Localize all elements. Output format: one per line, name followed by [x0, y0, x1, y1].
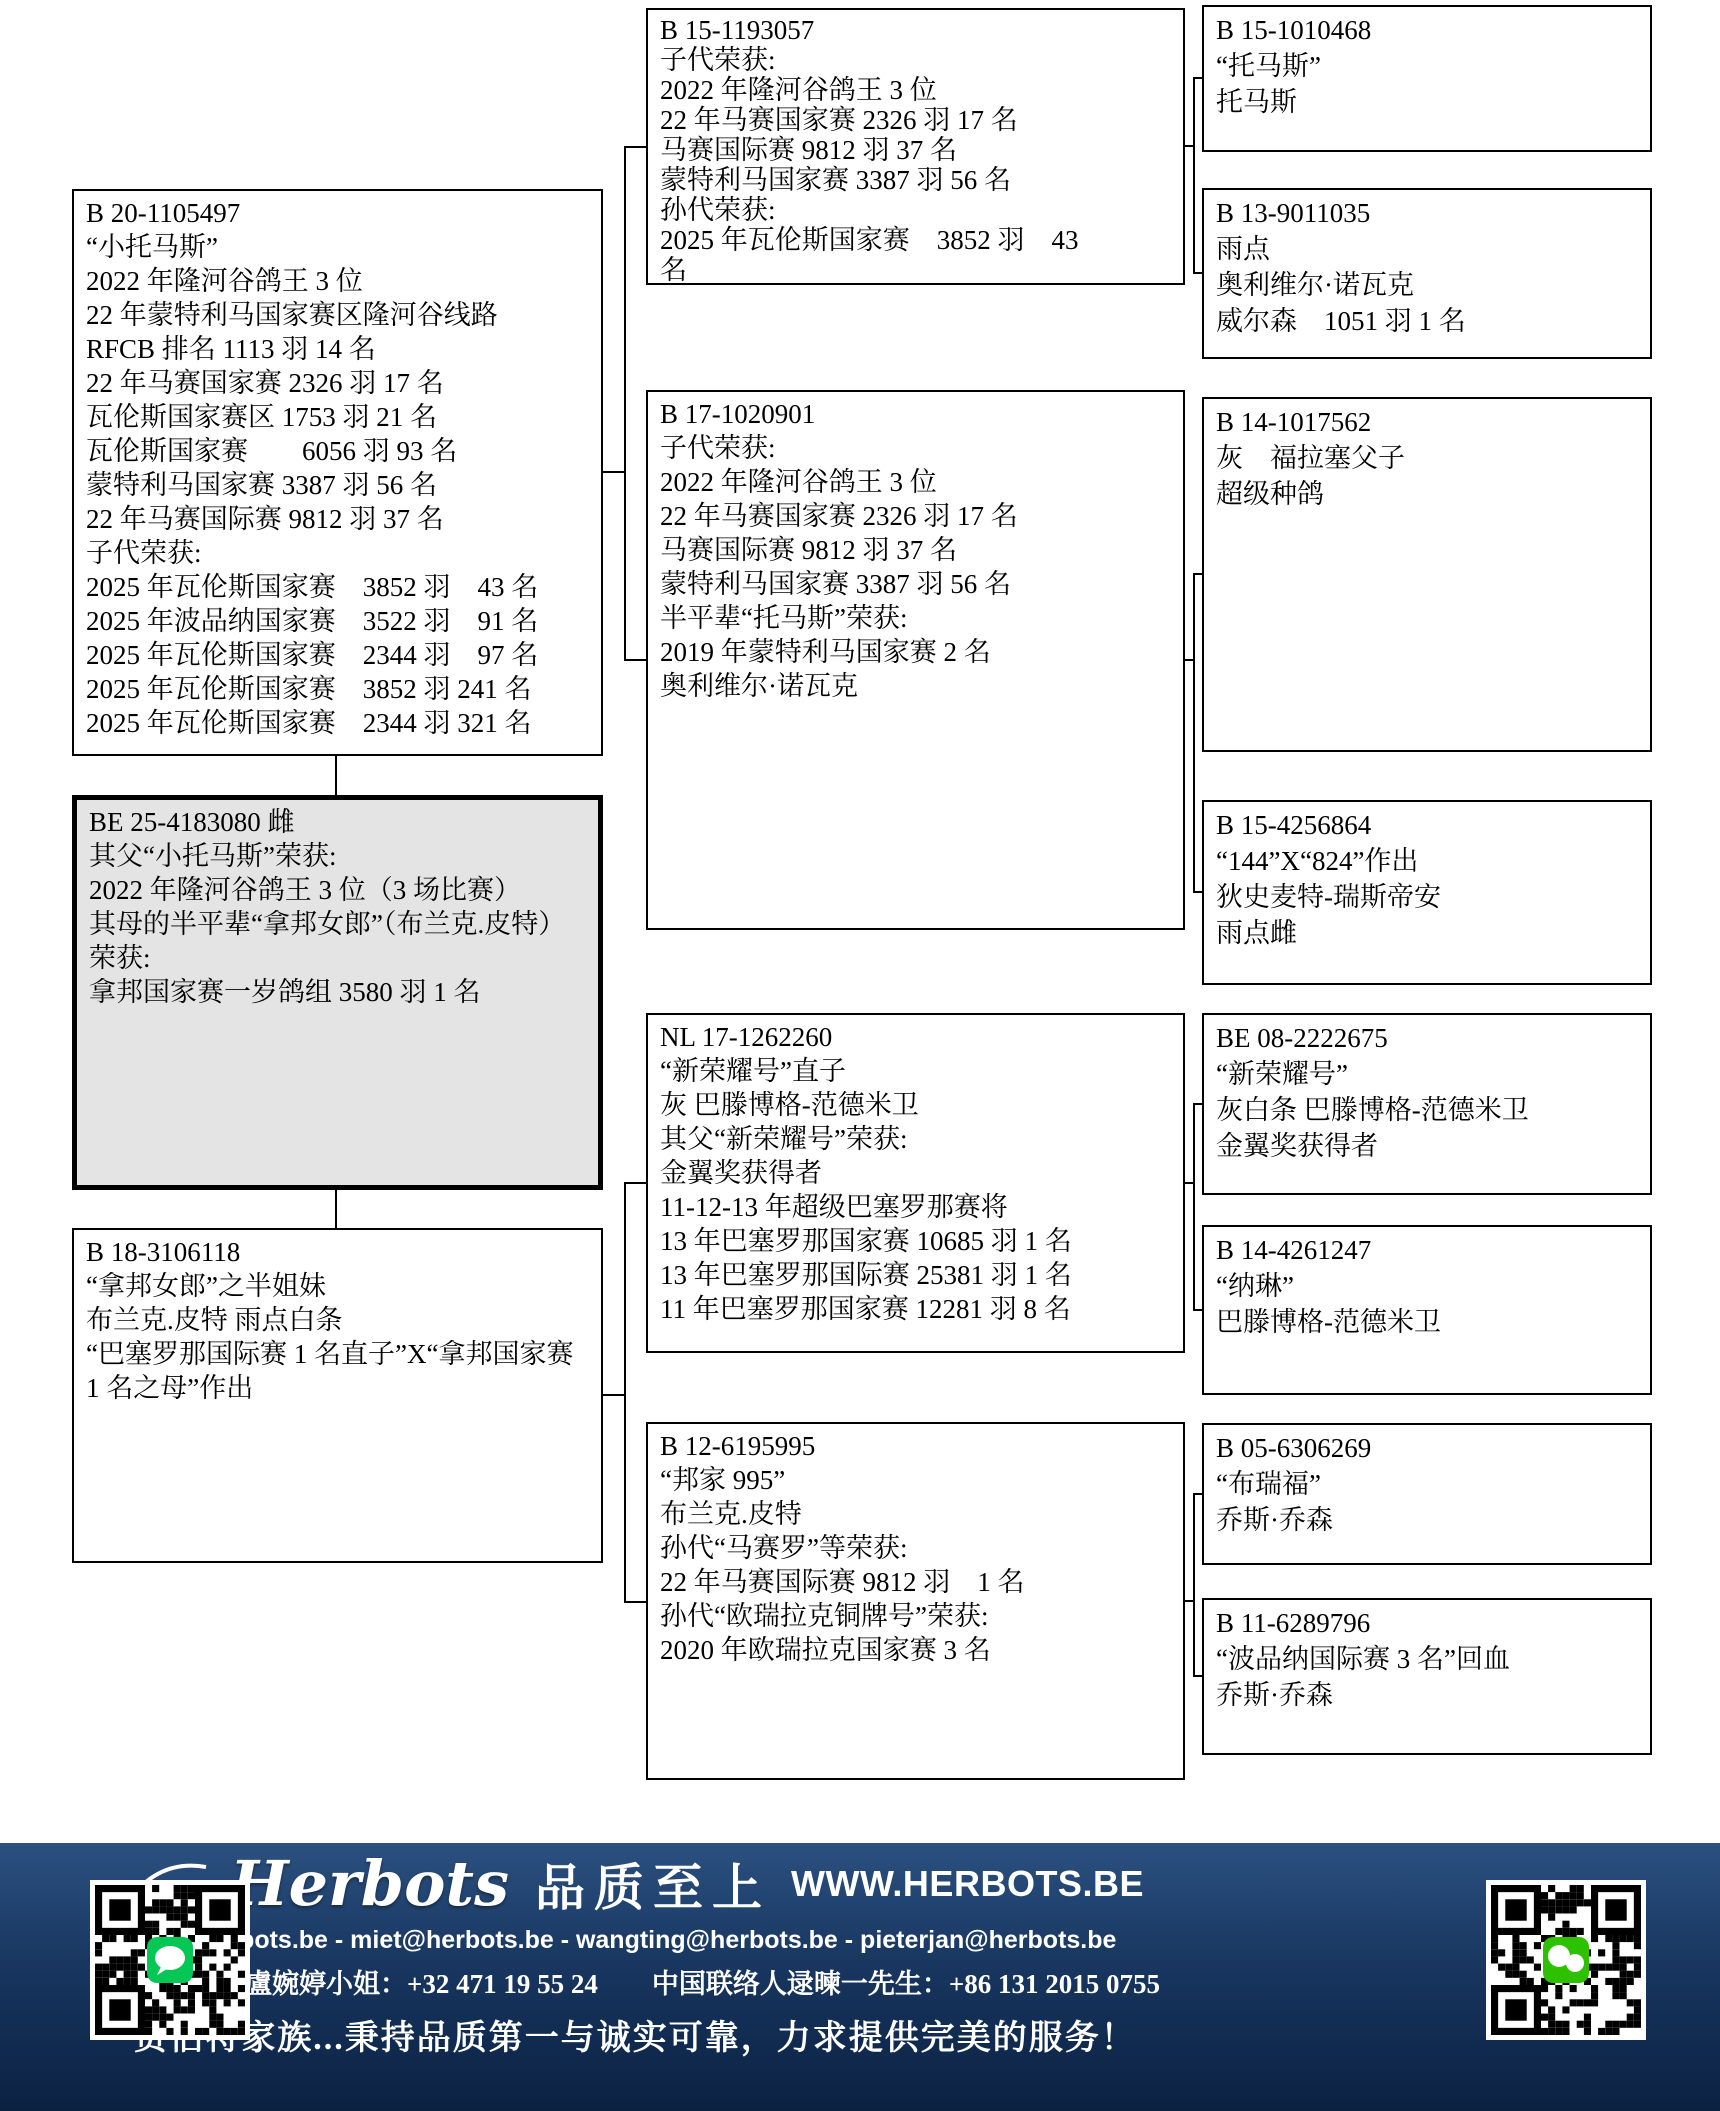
- connector-line: [1193, 1103, 1202, 1105]
- pedigree-line: B 14-4261247: [1216, 1232, 1638, 1268]
- box-paternal-grandfather: B 15-1193057子代荣获:2022 年隆河谷鸽王 3 位22 年马赛国家…: [646, 8, 1185, 285]
- pedigree-line: 22 年蒙特利马国家赛区隆河谷线路: [86, 298, 589, 332]
- connector-line: [1193, 1309, 1202, 1311]
- pedigree-line: B 15-1193057: [660, 15, 1171, 45]
- pedigree-line: 孙代“马赛罗”等荣获:: [660, 1531, 1171, 1565]
- pedigree-line: B 14-1017562: [1216, 404, 1638, 440]
- pedigree-line: 半平辈“托马斯”荣获:: [660, 601, 1171, 635]
- pedigree-line: 2020 年欧瑞拉克国家赛 3 名: [660, 1633, 1171, 1667]
- pedigree-line: 乔斯·乔森: [1216, 1502, 1638, 1538]
- pedigree-line: “邦家 995”: [660, 1463, 1171, 1497]
- pedigree-line: 蒙特利马国家赛 3387 羽 56 名: [660, 567, 1171, 601]
- footer-banner: Herbots 品质至上 WWW.HERBOTS.BE jo@herbots.b…: [0, 1843, 1720, 2111]
- website-link[interactable]: WWW.HERBOTS.BE: [791, 1863, 1144, 1905]
- pedigree-line: 马赛国际赛 9812 羽 37 名: [660, 533, 1171, 567]
- pedigree-line: 布兰克.皮特 雨点白条: [86, 1303, 589, 1337]
- pedigree-line: “拿邦女郎”之半姐妹: [86, 1269, 589, 1303]
- pedigree-line: 13 年巴塞罗那国家赛 10685 羽 1 名: [660, 1224, 1171, 1258]
- connector-line: [1193, 1493, 1195, 1677]
- pedigree-line: 2025 年波品纳国家赛 3522 羽 91 名: [86, 604, 589, 638]
- connector-line: [1193, 77, 1195, 274]
- footer-tagline: 贺伯特家族...秉持品质第一与诚实可靠，力求提供完美的服务！: [133, 2010, 1137, 2059]
- pedigree-line: B 15-4256864: [1216, 807, 1638, 843]
- box-great-grandparent-5: BE 08-2222675“新荣耀号”灰白条 巴滕博格-范德米卫金翼奖获得者: [1202, 1013, 1652, 1195]
- connector-line: [624, 1182, 646, 1184]
- pedigree-line: B 20-1105497: [86, 196, 589, 230]
- pedigree-line: 超级种鸽: [1216, 476, 1638, 512]
- connector-line: [603, 1394, 624, 1396]
- pedigree-line: 瓦伦斯国家赛区 1753 羽 21 名: [86, 400, 589, 434]
- connector-line: [1193, 891, 1202, 893]
- pedigree-line: 2019 年蒙特利马国家赛 2 名: [660, 635, 1171, 669]
- pedigree-line: 孙代荣获:: [660, 195, 1171, 225]
- pedigree-line: “波品纳国际赛 3 名”回血: [1216, 1641, 1638, 1677]
- pedigree-line: 子代荣获:: [660, 431, 1171, 465]
- pedigree-line: 11-12-13 年超级巴塞罗那赛将: [660, 1190, 1171, 1224]
- pedigree-line: “小托马斯”: [86, 230, 589, 264]
- pedigree-line: 2025 年瓦伦斯国家赛 2344 羽 321 名: [86, 706, 589, 740]
- pedigree-line: 托马斯: [1216, 84, 1638, 120]
- connector-line: [1185, 145, 1193, 147]
- pedigree-line: 灰 巴滕博格-范德米卫: [660, 1088, 1171, 1122]
- connector-line: [624, 659, 646, 661]
- pedigree-line: 灰白条 巴滕博格-范德米卫: [1216, 1092, 1638, 1128]
- pedigree-line: 蒙特利马国家赛 3387 羽 56 名: [660, 165, 1171, 195]
- pedigree-line: 11 年巴塞罗那国家赛 12281 羽 8 名: [660, 1292, 1171, 1326]
- pedigree-line: 其母的半平辈“拿邦女郎”（布兰克.皮特）荣获:: [89, 907, 586, 975]
- pedigree-line: 2025 年瓦伦斯国家赛 3852 羽 43: [660, 225, 1171, 255]
- connector-line: [624, 146, 626, 661]
- pedigree-line: RFCB 排名 1113 羽 14 名: [86, 332, 589, 366]
- pedigree-line: 2022 年隆河谷鸽王 3 位: [660, 75, 1171, 105]
- pedigree-line: 13 年巴塞罗那国际赛 25381 羽 1 名: [660, 1258, 1171, 1292]
- connector-line: [624, 1182, 626, 1603]
- pedigree-line: 22 年马赛国际赛 9812 羽 1 名: [660, 1565, 1171, 1599]
- pedigree-line: 2022 年隆河谷鸽王 3 位: [660, 465, 1171, 499]
- email-links[interactable]: jo@herbots.be - miet@herbots.be - wangti…: [154, 1926, 1117, 1955]
- connector-line: [1185, 659, 1193, 661]
- pedigree-line: 22 年马赛国家赛 2326 羽 17 名: [86, 366, 589, 400]
- pedigree-line: 雨点: [1216, 231, 1638, 267]
- pedigree-line: 巴滕博格-范德米卫: [1216, 1304, 1638, 1340]
- pedigree-line: 子代荣获:: [660, 45, 1171, 75]
- pedigree-line: “巴塞罗那国际赛 1 名直子”X“拿邦国家赛 1 名之母”作出: [86, 1337, 589, 1405]
- pedigree-line: B 15-1010468: [1216, 12, 1638, 48]
- brand-logo-text: Herbots: [230, 1853, 509, 1915]
- connector-line: [1193, 1103, 1195, 1311]
- pedigree-line: 2022 年隆河谷鸽王 3 位: [86, 264, 589, 298]
- pedigree-line: B 05-6306269: [1216, 1430, 1638, 1466]
- pedigree-line: “纳琳”: [1216, 1268, 1638, 1304]
- pedigree-line: 威尔森 1051 羽 1 名: [1216, 303, 1638, 339]
- pedigree-line: 2025 年瓦伦斯国家赛 3852 羽 241 名: [86, 672, 589, 706]
- box-maternal-grandmother: B 12-6195995“邦家 995”布兰克.皮特孙代“马赛罗”等荣获:22 …: [646, 1422, 1185, 1780]
- pedigree-line: 奥利维尔·诺瓦克: [660, 669, 1171, 703]
- connector-line: [603, 471, 624, 473]
- pedigree-line: 22 年马赛国际赛 9812 羽 37 名: [86, 502, 589, 536]
- line-qr-code: [90, 1880, 250, 2040]
- pedigree-line: BE 25-4183080 雌: [89, 805, 586, 839]
- pedigree-line: NL 17-1262260: [660, 1020, 1171, 1054]
- pedigree-line: 孙代“欧瑞拉克铜牌号”荣获:: [660, 1599, 1171, 1633]
- pedigree-line: “144”X“824”作出: [1216, 843, 1638, 879]
- pedigree-line: B 17-1020901: [660, 397, 1171, 431]
- pedigree-line: B 18-3106118: [86, 1235, 589, 1269]
- box-great-grandparent-8: B 11-6289796“波品纳国际赛 3 名”回血乔斯·乔森: [1202, 1598, 1652, 1755]
- connector-line: [1185, 1182, 1193, 1184]
- pedigree-line: B 11-6289796: [1216, 1605, 1638, 1641]
- pedigree-line: 乔斯·乔森: [1216, 1677, 1638, 1713]
- pedigree-line: 拿邦国家赛一岁鸽组 3580 羽 1 名: [89, 975, 586, 1009]
- box-paternal-grandmother: B 17-1020901子代荣获:2022 年隆河谷鸽王 3 位22 年马赛国家…: [646, 390, 1185, 930]
- connector-line: [624, 1601, 646, 1603]
- pedigree-line: 子代荣获:: [86, 536, 589, 570]
- contact-phones: 台灣聯絡人盧婉婷小姐：+32 471 19 55 24 中国联络人逯暕一先生：+…: [110, 1962, 1160, 2001]
- pedigree-line: 狄史麦特-瑞斯帝安: [1216, 879, 1638, 915]
- box-mother: B 18-3106118“拿邦女郎”之半姐妹布兰克.皮特 雨点白条“巴塞罗那国际…: [72, 1228, 603, 1563]
- box-great-grandparent-7: B 05-6306269“布瑞福”乔斯·乔森: [1202, 1423, 1652, 1565]
- pedigree-line: 2022 年隆河谷鸽王 3 位（3 场比赛）: [89, 873, 586, 907]
- connector-line: [1193, 1675, 1202, 1677]
- pedigree-line: 其父“小托马斯”荣获:: [89, 839, 586, 873]
- connector-line: [335, 1190, 337, 1228]
- brand-row: Herbots 品质至上 WWW.HERBOTS.BE: [126, 1847, 1144, 1921]
- pedigree-line: 雨点雌: [1216, 915, 1638, 951]
- pedigree-line: 其父“新荣耀号”荣获:: [660, 1122, 1171, 1156]
- box-great-grandparent-2: B 13-9011035雨点奥利维尔·诺瓦克威尔森 1051 羽 1 名: [1202, 188, 1652, 359]
- connector-line: [1193, 77, 1202, 79]
- connector-line: [335, 756, 337, 795]
- connector-line: [1193, 573, 1202, 575]
- wechat-qr-code: [1486, 1880, 1646, 2040]
- box-father: B 20-1105497“小托马斯”2022 年隆河谷鸽王 3 位22 年蒙特利…: [72, 189, 603, 756]
- connector-line: [1193, 272, 1202, 274]
- box-subject: BE 25-4183080 雌其父“小托马斯”荣获:2022 年隆河谷鸽王 3 …: [72, 795, 603, 1190]
- pedigree-line: B 13-9011035: [1216, 195, 1638, 231]
- pedigree-line: 灰 福拉塞父子: [1216, 440, 1638, 476]
- pedigree-line: “新荣耀号”直子: [660, 1054, 1171, 1088]
- connector-line: [1193, 573, 1195, 893]
- brand-slogan: 品质至上: [535, 1848, 771, 1920]
- box-great-grandparent-4: B 15-4256864“144”X“824”作出狄史麦特-瑞斯帝安雨点雌: [1202, 800, 1652, 985]
- pedigree-line: 名: [660, 255, 1171, 285]
- pedigree-line: 马赛国际赛 9812 羽 37 名: [660, 135, 1171, 165]
- pedigree-line: “布瑞福”: [1216, 1466, 1638, 1502]
- pedigree-line: “托马斯”: [1216, 48, 1638, 84]
- pedigree-line: B 12-6195995: [660, 1429, 1171, 1463]
- box-great-grandparent-1: B 15-1010468“托马斯”托马斯: [1202, 5, 1652, 152]
- pedigree-line: 蒙特利马国家赛 3387 羽 56 名: [86, 468, 589, 502]
- connector-line: [1185, 1600, 1193, 1602]
- pedigree-line: 奥利维尔·诺瓦克: [1216, 267, 1638, 303]
- pedigree-line: 2025 年瓦伦斯国家赛 2344 羽 97 名: [86, 638, 589, 672]
- pedigree-line: 22 年马赛国家赛 2326 羽 17 名: [660, 105, 1171, 135]
- box-great-grandparent-3: B 14-1017562灰 福拉塞父子超级种鸽: [1202, 397, 1652, 752]
- box-maternal-grandfather: NL 17-1262260“新荣耀号”直子灰 巴滕博格-范德米卫其父“新荣耀号”…: [646, 1013, 1185, 1353]
- pedigree-line: 22 年马赛国家赛 2326 羽 17 名: [660, 499, 1171, 533]
- pedigree-line: “新荣耀号”: [1216, 1056, 1638, 1092]
- connector-line: [624, 146, 646, 148]
- pedigree-line: 2025 年瓦伦斯国家赛 3852 羽 43 名: [86, 570, 589, 604]
- pedigree-line: BE 08-2222675: [1216, 1020, 1638, 1056]
- box-great-grandparent-6: B 14-4261247“纳琳”巴滕博格-范德米卫: [1202, 1225, 1652, 1395]
- pedigree-line: 金翼奖获得者: [1216, 1128, 1638, 1164]
- pedigree-chart: B 20-1105497“小托马斯”2022 年隆河谷鸽王 3 位22 年蒙特利…: [0, 0, 1720, 2111]
- pedigree-line: 瓦伦斯国家赛 6056 羽 93 名: [86, 434, 589, 468]
- pedigree-line: 布兰克.皮特: [660, 1497, 1171, 1531]
- connector-line: [1193, 1493, 1202, 1495]
- pedigree-line: 金翼奖获得者: [660, 1156, 1171, 1190]
